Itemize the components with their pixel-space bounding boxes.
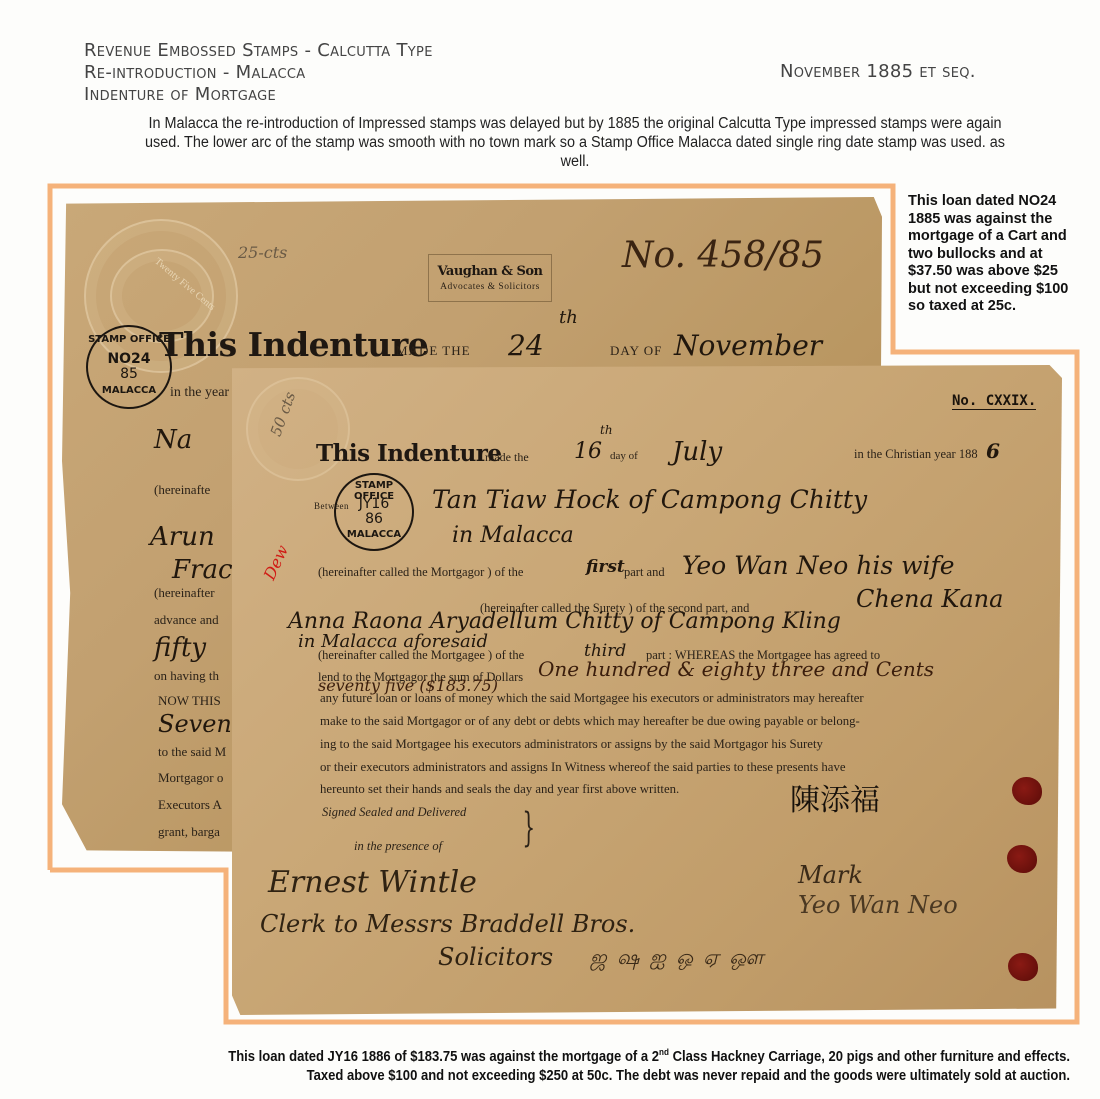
day-value: 16 xyxy=(574,439,602,464)
left-col-5: advance and xyxy=(154,612,219,628)
christian-year-label: in the Christian year 188 xyxy=(854,447,978,462)
left-col-2: Arun xyxy=(150,522,215,552)
day-of-label: day of xyxy=(610,450,638,462)
surety-name: Yeo Wan Neo his wife xyxy=(682,551,955,580)
year-digit: 6 xyxy=(986,439,1000,463)
month-value: July xyxy=(672,437,722,467)
left-col-4: (hereinafter xyxy=(154,585,215,601)
postmark-stamp-office-malacca-1885: STAMP OFFICE NO24 85 MALACCA xyxy=(86,325,172,409)
red-pencil-mark: Dew xyxy=(260,542,292,583)
firm-subtitle: Advocates & Solicitors xyxy=(429,282,551,292)
witness-signature: Ernest Wintle xyxy=(268,865,477,900)
wax-seal-1 xyxy=(1012,777,1042,805)
indenture-title: This Indenture xyxy=(316,440,502,467)
chinese-signature: 陳添福 xyxy=(790,775,880,819)
indenture-document-1886: 50 cts No. CXXIX. This Indenture made th… xyxy=(232,365,1062,1015)
first-part-value: first xyxy=(586,557,625,577)
note-1886-loan: This loan dated JY16 1886 of $183.75 was… xyxy=(197,1043,1070,1086)
mortgagee-name-1: Chena Kana xyxy=(856,585,1003,613)
left-col-7: on having th xyxy=(154,668,219,684)
date-range: November 1885 et seq. xyxy=(780,61,976,82)
signed-sealed-delivered: Signed Sealed and Delivered xyxy=(322,805,466,820)
note-1885-loan: This loan dated NO24 1885 was against th… xyxy=(908,193,1078,316)
mortgagee-label: (hereinafter called the Mortgagee ) of t… xyxy=(318,648,524,663)
document-number: No. 458/85 xyxy=(622,235,824,276)
firm-label-box: Vaughan & Son Advocates & Solicitors xyxy=(428,254,552,302)
made-the-label: MADE THE xyxy=(396,343,471,359)
day-suffix: th xyxy=(559,307,578,328)
tamil-signature: ஜ ஷ ஐ ஒ ஏ ஔ xyxy=(590,945,765,972)
wax-seal-2 xyxy=(1007,845,1037,873)
month-value: November xyxy=(674,329,822,362)
day-suffix: th xyxy=(600,423,613,437)
day-of-label: DAY OF xyxy=(610,343,662,359)
mark-name: Yeo Wan Neo xyxy=(798,891,958,919)
wax-seal-3 xyxy=(1008,953,1038,981)
amount-words: One hundred & eighty three and Cents xyxy=(538,657,934,681)
mark-label: Mark xyxy=(798,861,863,889)
title-line-3: Indenture of Mortgage xyxy=(84,84,433,106)
left-col-12: Executors A xyxy=(158,797,222,813)
firm-name: Vaughan & Son xyxy=(429,264,551,279)
mortgagor-name: Tan Tiaw Hock of Campong Chitty xyxy=(432,485,867,514)
intro-paragraph: In Malacca the re-introduction of Impres… xyxy=(133,114,1017,171)
made-the-label: made the xyxy=(485,450,529,465)
part-and-label: part and xyxy=(624,565,665,580)
in-the-year-label: in the year xyxy=(170,385,229,401)
left-col-6: fifty xyxy=(154,633,206,663)
day-value: 24 xyxy=(508,329,544,362)
document-number: No. CXXIX. xyxy=(952,393,1036,410)
witness-title-2: Solicitors xyxy=(438,943,553,971)
left-col-11: Mortgagor o xyxy=(158,770,223,786)
left-col-10: to the said M xyxy=(158,744,226,760)
page-header-title: Revenue Embossed Stamps - Calcutta Type … xyxy=(84,40,433,106)
left-col-0: Na xyxy=(154,425,192,455)
mortgagor-place: in Malacca xyxy=(452,523,574,548)
left-col-9: Seven xyxy=(158,710,232,738)
left-col-3: Frac xyxy=(172,555,233,585)
left-col-8: NOW THIS xyxy=(158,693,221,709)
left-col-1: (hereinafte xyxy=(154,482,210,498)
pencil-note: 25-cts xyxy=(238,243,287,262)
brace-icon: } xyxy=(522,805,535,851)
indenture-title: This Indenture xyxy=(159,325,428,364)
left-col-13: grant, barga xyxy=(158,824,220,840)
postmark-stamp-office-malacca-1886: STAMP OFFICE JY16 86 MALACCA xyxy=(334,473,414,551)
title-line-2: Re-introduction - Malacca xyxy=(84,62,433,84)
title-line-1: Revenue Embossed Stamps - Calcutta Type xyxy=(84,40,433,62)
witness-title: Clerk to Messrs Braddell Bros. xyxy=(260,910,635,938)
mortgagor-label: (hereinafter called the Mortgagor ) of t… xyxy=(318,565,523,580)
in-presence-of: in the presence of xyxy=(354,839,442,854)
